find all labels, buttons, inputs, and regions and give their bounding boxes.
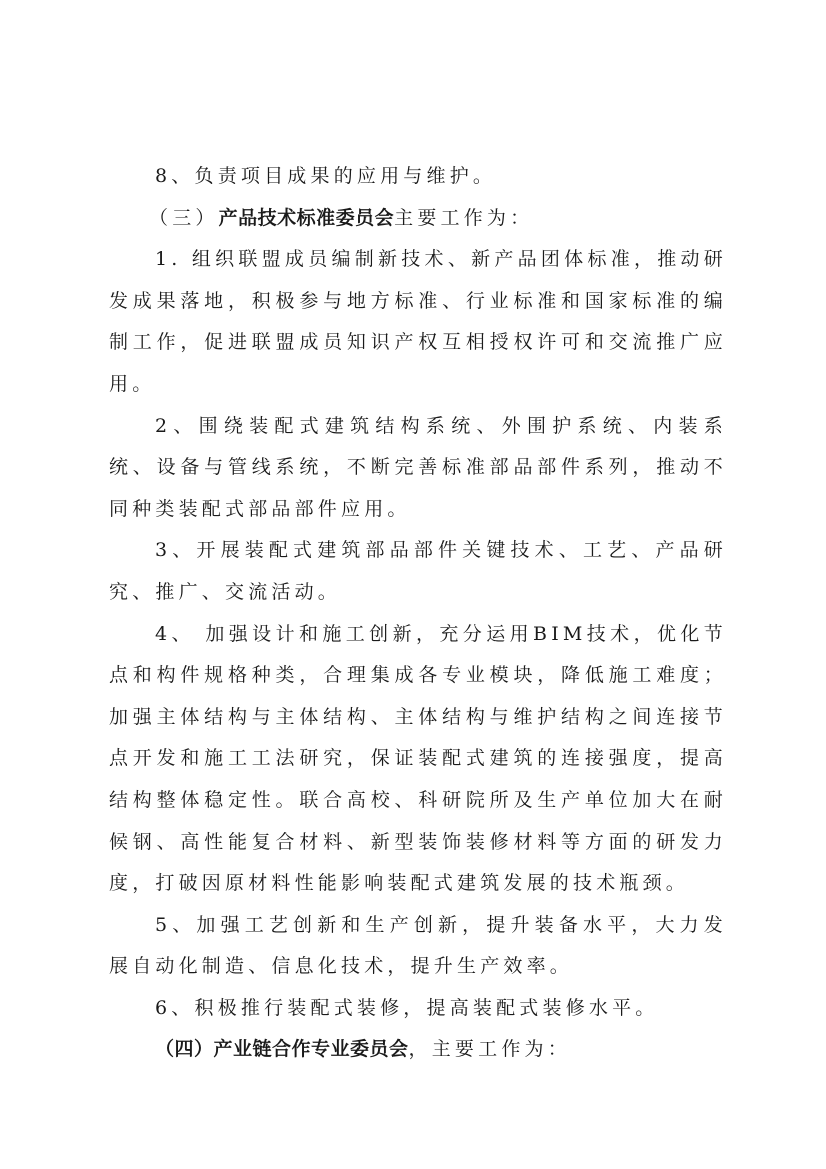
section-heading-4: （四）产业链合作专业委员会，主要工作为： (109, 1029, 727, 1071)
heading-suffix: 主要工作为： (394, 207, 533, 229)
paragraph-item-5: 5、加强工艺创新和生产创新，提升装备水平，大力发展自动化制造、信息化技术，提升生… (109, 905, 727, 988)
document-page: 8、负责项目成果的应用与维护。 （三）产品技术标准委员会主要工作为： 1. 组织… (109, 156, 727, 1071)
paragraph-item-4: 4、 加强设计和施工创新，充分运用BIM技术，优化节点和构件规格种类，合理集成各… (109, 614, 727, 905)
paragraph-item-1: 1. 组织联盟成员编制新技术、新产品团体标准，推动研发成果落地，积极参与地方标准… (109, 239, 727, 405)
paragraph-item-6: 6、积极推行装配式装修，提高装配式装修水平。 (109, 988, 727, 1030)
paragraph-item-3: 3、开展装配式建筑部品部件关键技术、工艺、产品研究、推广、交流活动。 (109, 530, 727, 613)
section-heading-3: （三）产品技术标准委员会主要工作为： (109, 198, 727, 240)
heading-prefix: （三） (149, 207, 219, 229)
heading-title: 产品技术标准委员会 (219, 207, 395, 229)
paragraph-item-8: 8、负责项目成果的应用与维护。 (109, 156, 727, 198)
heading-suffix: ，主要工作为： (409, 1038, 571, 1060)
heading-title: 产业链合作专业委员会 (214, 1038, 409, 1060)
paragraph-item-2: 2、围绕装配式建筑结构系统、外围护系统、内装系统、设备与管线系统，不断完善标准部… (109, 406, 727, 531)
heading-prefix: （四） (155, 1038, 214, 1060)
